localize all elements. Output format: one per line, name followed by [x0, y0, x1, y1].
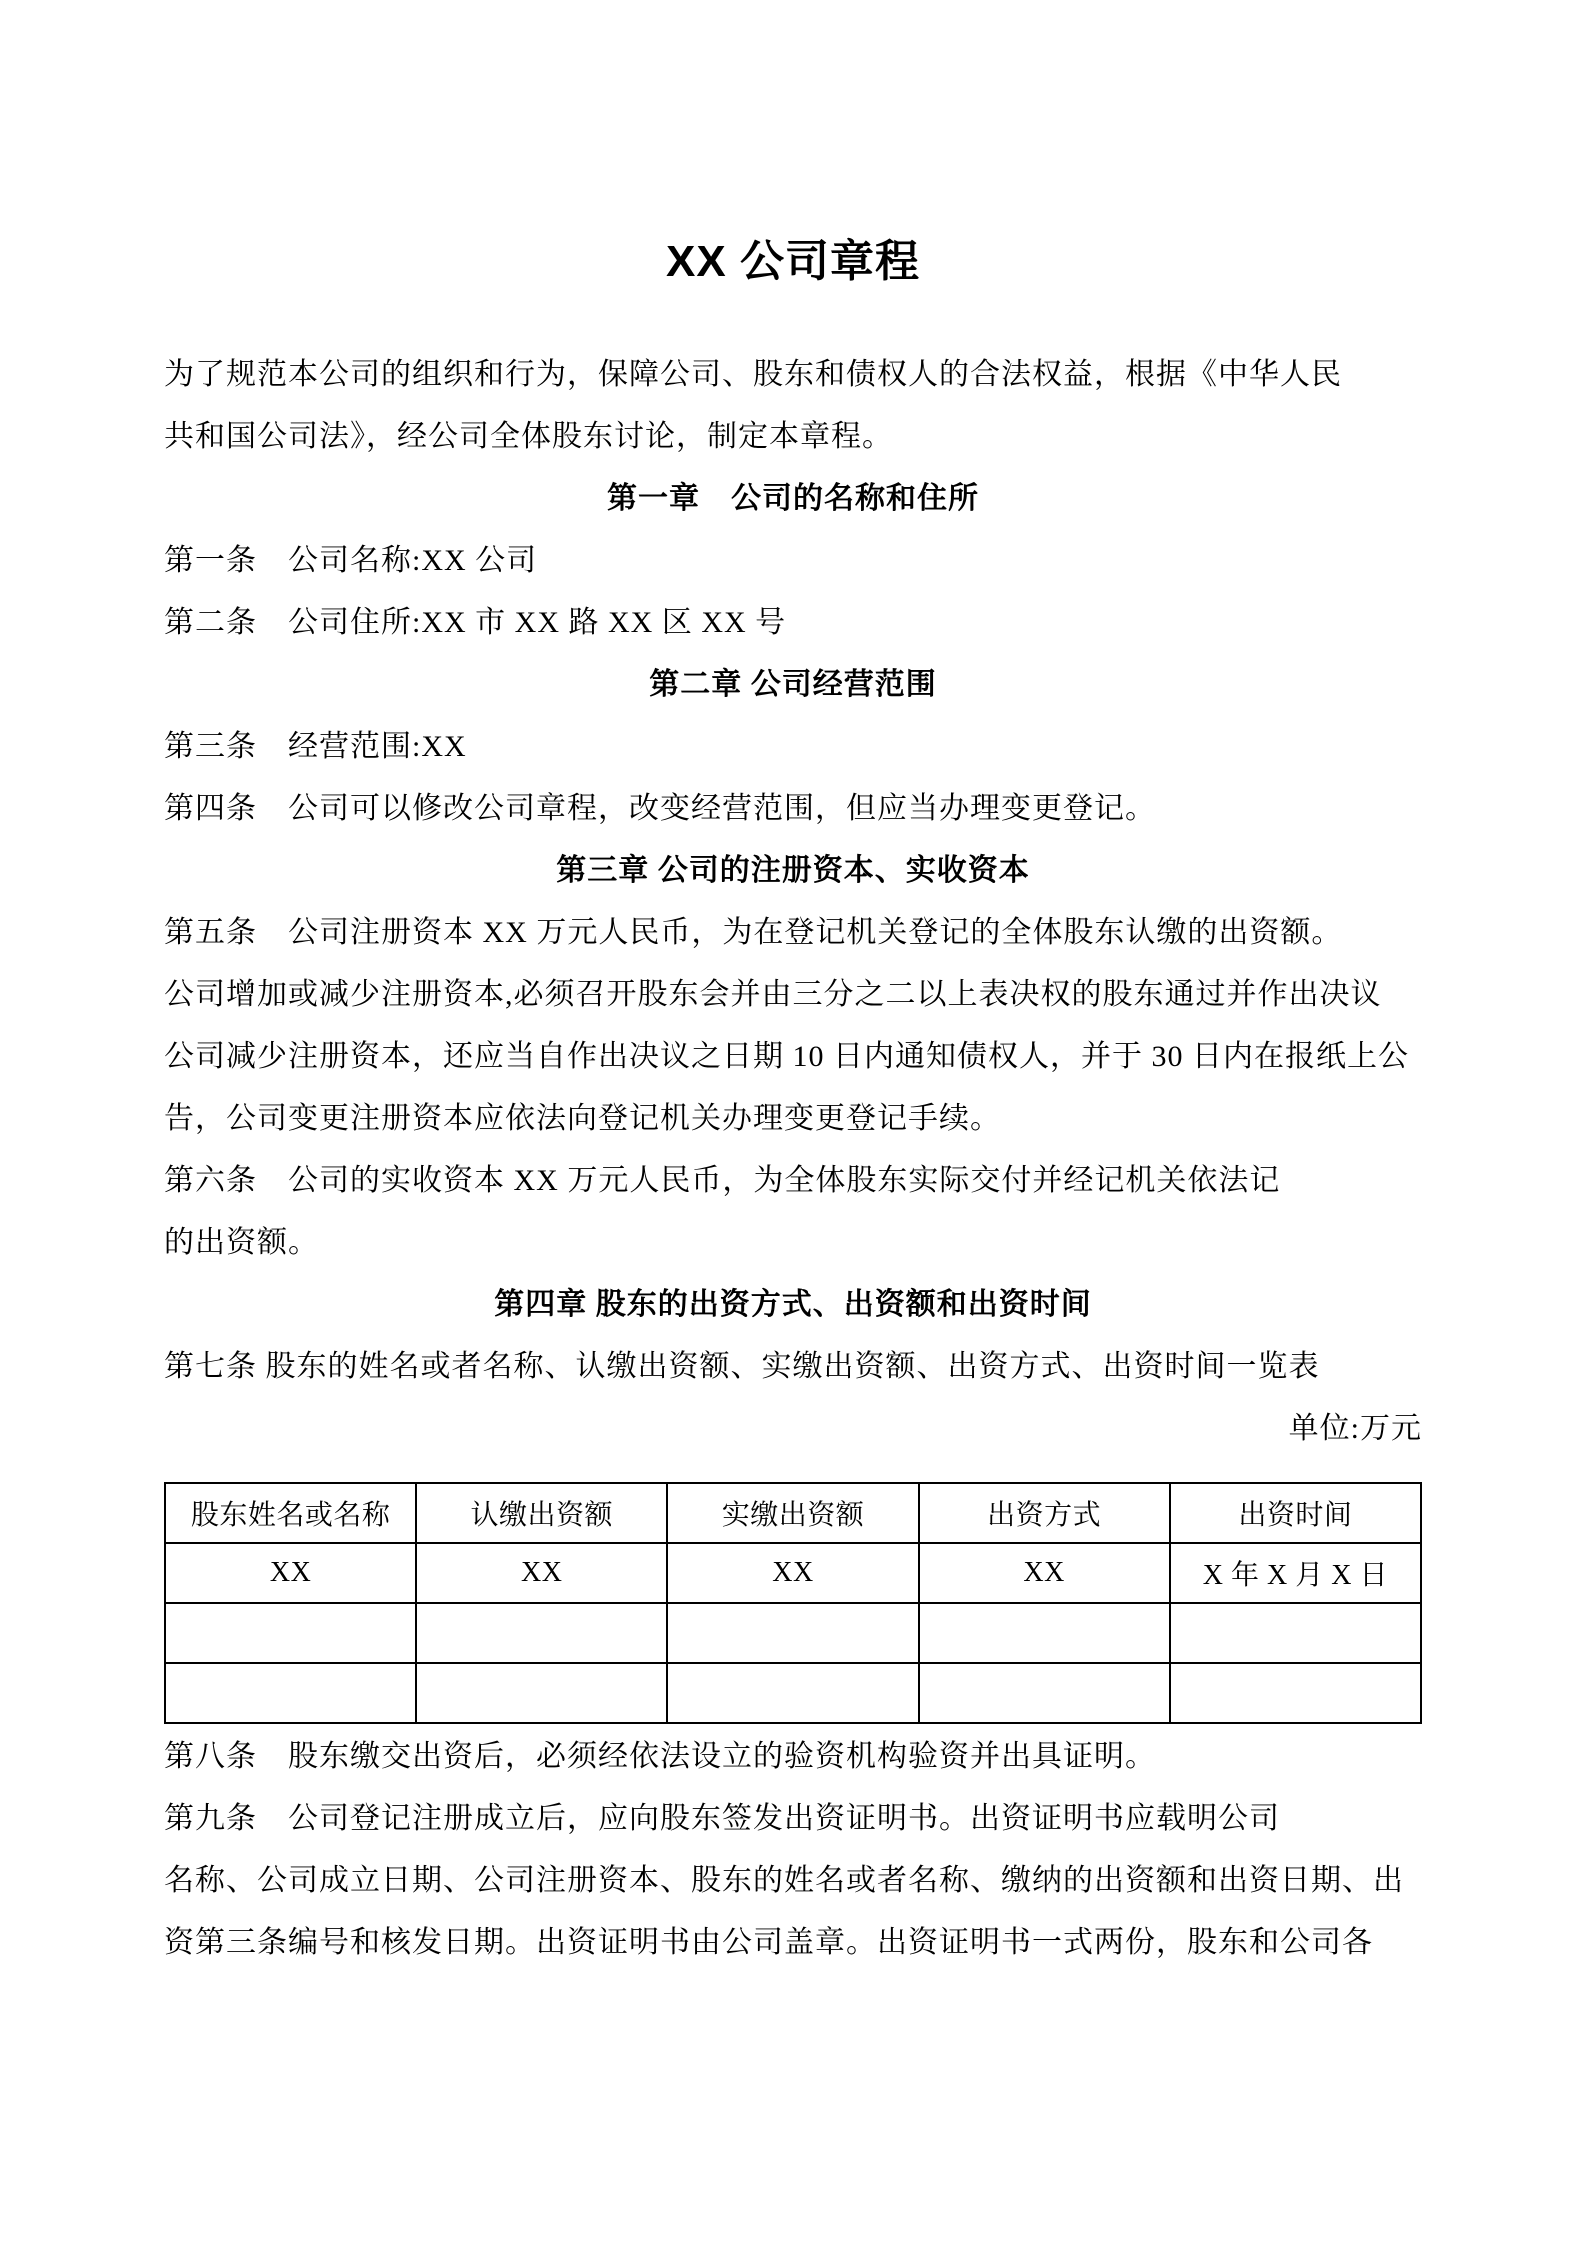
article-9-line-3: 资第三条编号和核发日期。出资证明书由公司盖章。出资证明书一式两份，股东和公司各 [164, 1912, 1422, 1974]
article-8: 第八条 股东缴交出资后，必须经依法设立的验资机构验资并出具证明。 [164, 1726, 1422, 1788]
table-header-subscribed-amount: 认缴出资额 [416, 1483, 667, 1543]
table-cell [667, 1663, 918, 1723]
chapter-4-heading: 第四章 股东的出资方式、出资额和出资时间 [164, 1274, 1422, 1336]
article-2: 第二条 公司住所:XX 市 XX 路 XX 区 XX 号 [164, 592, 1422, 654]
table-cell [919, 1663, 1170, 1723]
table-header-contribution-method: 出资方式 [919, 1483, 1170, 1543]
table-cell [919, 1603, 1170, 1663]
table-cell: XX [416, 1543, 667, 1603]
intro-line-1: 为了规范本公司的组织和行为，保障公司、股东和债权人的合法权益，根据《中华人民 [164, 344, 1422, 406]
table-row [165, 1603, 1421, 1663]
table-cell: XX [667, 1543, 918, 1603]
article-6-line-1: 第六条 公司的实收资本 XX 万元人民币，为全体股东实际交付并经记机关依法记 [164, 1150, 1422, 1212]
document-title: XX 公司章程 [164, 230, 1422, 294]
table-cell [416, 1663, 667, 1723]
table-row [165, 1663, 1421, 1723]
table-cell: XX [165, 1543, 416, 1603]
article-6-line-2: 的出资额。 [164, 1212, 1422, 1274]
article-7: 第七条 股东的姓名或者名称、认缴出资额、实缴出资额、出资方式、出资时间一览表 [164, 1336, 1422, 1398]
table-header-shareholder-name: 股东姓名或名称 [165, 1483, 416, 1543]
article-1: 第一条 公司名称:XX 公司 [164, 530, 1422, 592]
table-header-contribution-time: 出资时间 [1170, 1483, 1421, 1543]
shareholder-contribution-table: 股东姓名或名称 认缴出资额 实缴出资额 出资方式 出资时间 XX XX XX X… [164, 1482, 1422, 1724]
table-cell [1170, 1603, 1421, 1663]
article-5-continuation-2-line-1: 公司减少注册资本，还应当自作出决议之日期 10 日内通知债权人，并于 30 日内… [164, 1026, 1422, 1088]
article-5-continuation-1: 公司增加或减少注册资本,必须召开股东会并由三分之二以上表决权的股东通过并作出决议 [164, 964, 1422, 1026]
table-cell [1170, 1663, 1421, 1723]
article-9-line-1: 第九条 公司登记注册成立后，应向股东签发出资证明书。出资证明书应载明公司 [164, 1788, 1422, 1850]
article-3: 第三条 经营范围:XX [164, 716, 1422, 778]
chapter-1-heading: 第一章 公司的名称和住所 [164, 468, 1422, 530]
document-page: XX 公司章程 为了规范本公司的组织和行为，保障公司、股东和债权人的合法权益，根… [0, 0, 1587, 2245]
document-content: XX 公司章程 为了规范本公司的组织和行为，保障公司、股东和债权人的合法权益，根… [164, 0, 1422, 1974]
table-cell: X 年 X 月 X 日 [1170, 1543, 1421, 1603]
table-cell [165, 1663, 416, 1723]
table-cell [667, 1603, 918, 1663]
article-5: 第五条 公司注册资本 XX 万元人民币，为在登记机关登记的全体股东认缴的出资额。 [164, 902, 1422, 964]
article-4: 第四条 公司可以修改公司章程，改变经营范围，但应当办理变更登记。 [164, 778, 1422, 840]
table-header-paid-amount: 实缴出资额 [667, 1483, 918, 1543]
article-9-line-2: 名称、公司成立日期、公司注册资本、股东的姓名或者名称、缴纳的出资额和出资日期、出 [164, 1850, 1422, 1912]
article-5-continuation-2-line-2: 告，公司变更注册资本应依法向登记机关办理变更登记手续。 [164, 1088, 1422, 1150]
table-cell [165, 1603, 416, 1663]
chapter-2-heading: 第二章 公司经营范围 [164, 654, 1422, 716]
table-header-row: 股东姓名或名称 认缴出资额 实缴出资额 出资方式 出资时间 [165, 1483, 1421, 1543]
intro-line-2: 共和国公司法》，经公司全体股东讨论，制定本章程。 [164, 406, 1422, 468]
table-unit-label: 单位:万元 [164, 1398, 1422, 1460]
table-cell: XX [919, 1543, 1170, 1603]
table-cell [416, 1603, 667, 1663]
chapter-3-heading: 第三章 公司的注册资本、实收资本 [164, 840, 1422, 902]
table-row: XX XX XX XX X 年 X 月 X 日 [165, 1543, 1421, 1603]
